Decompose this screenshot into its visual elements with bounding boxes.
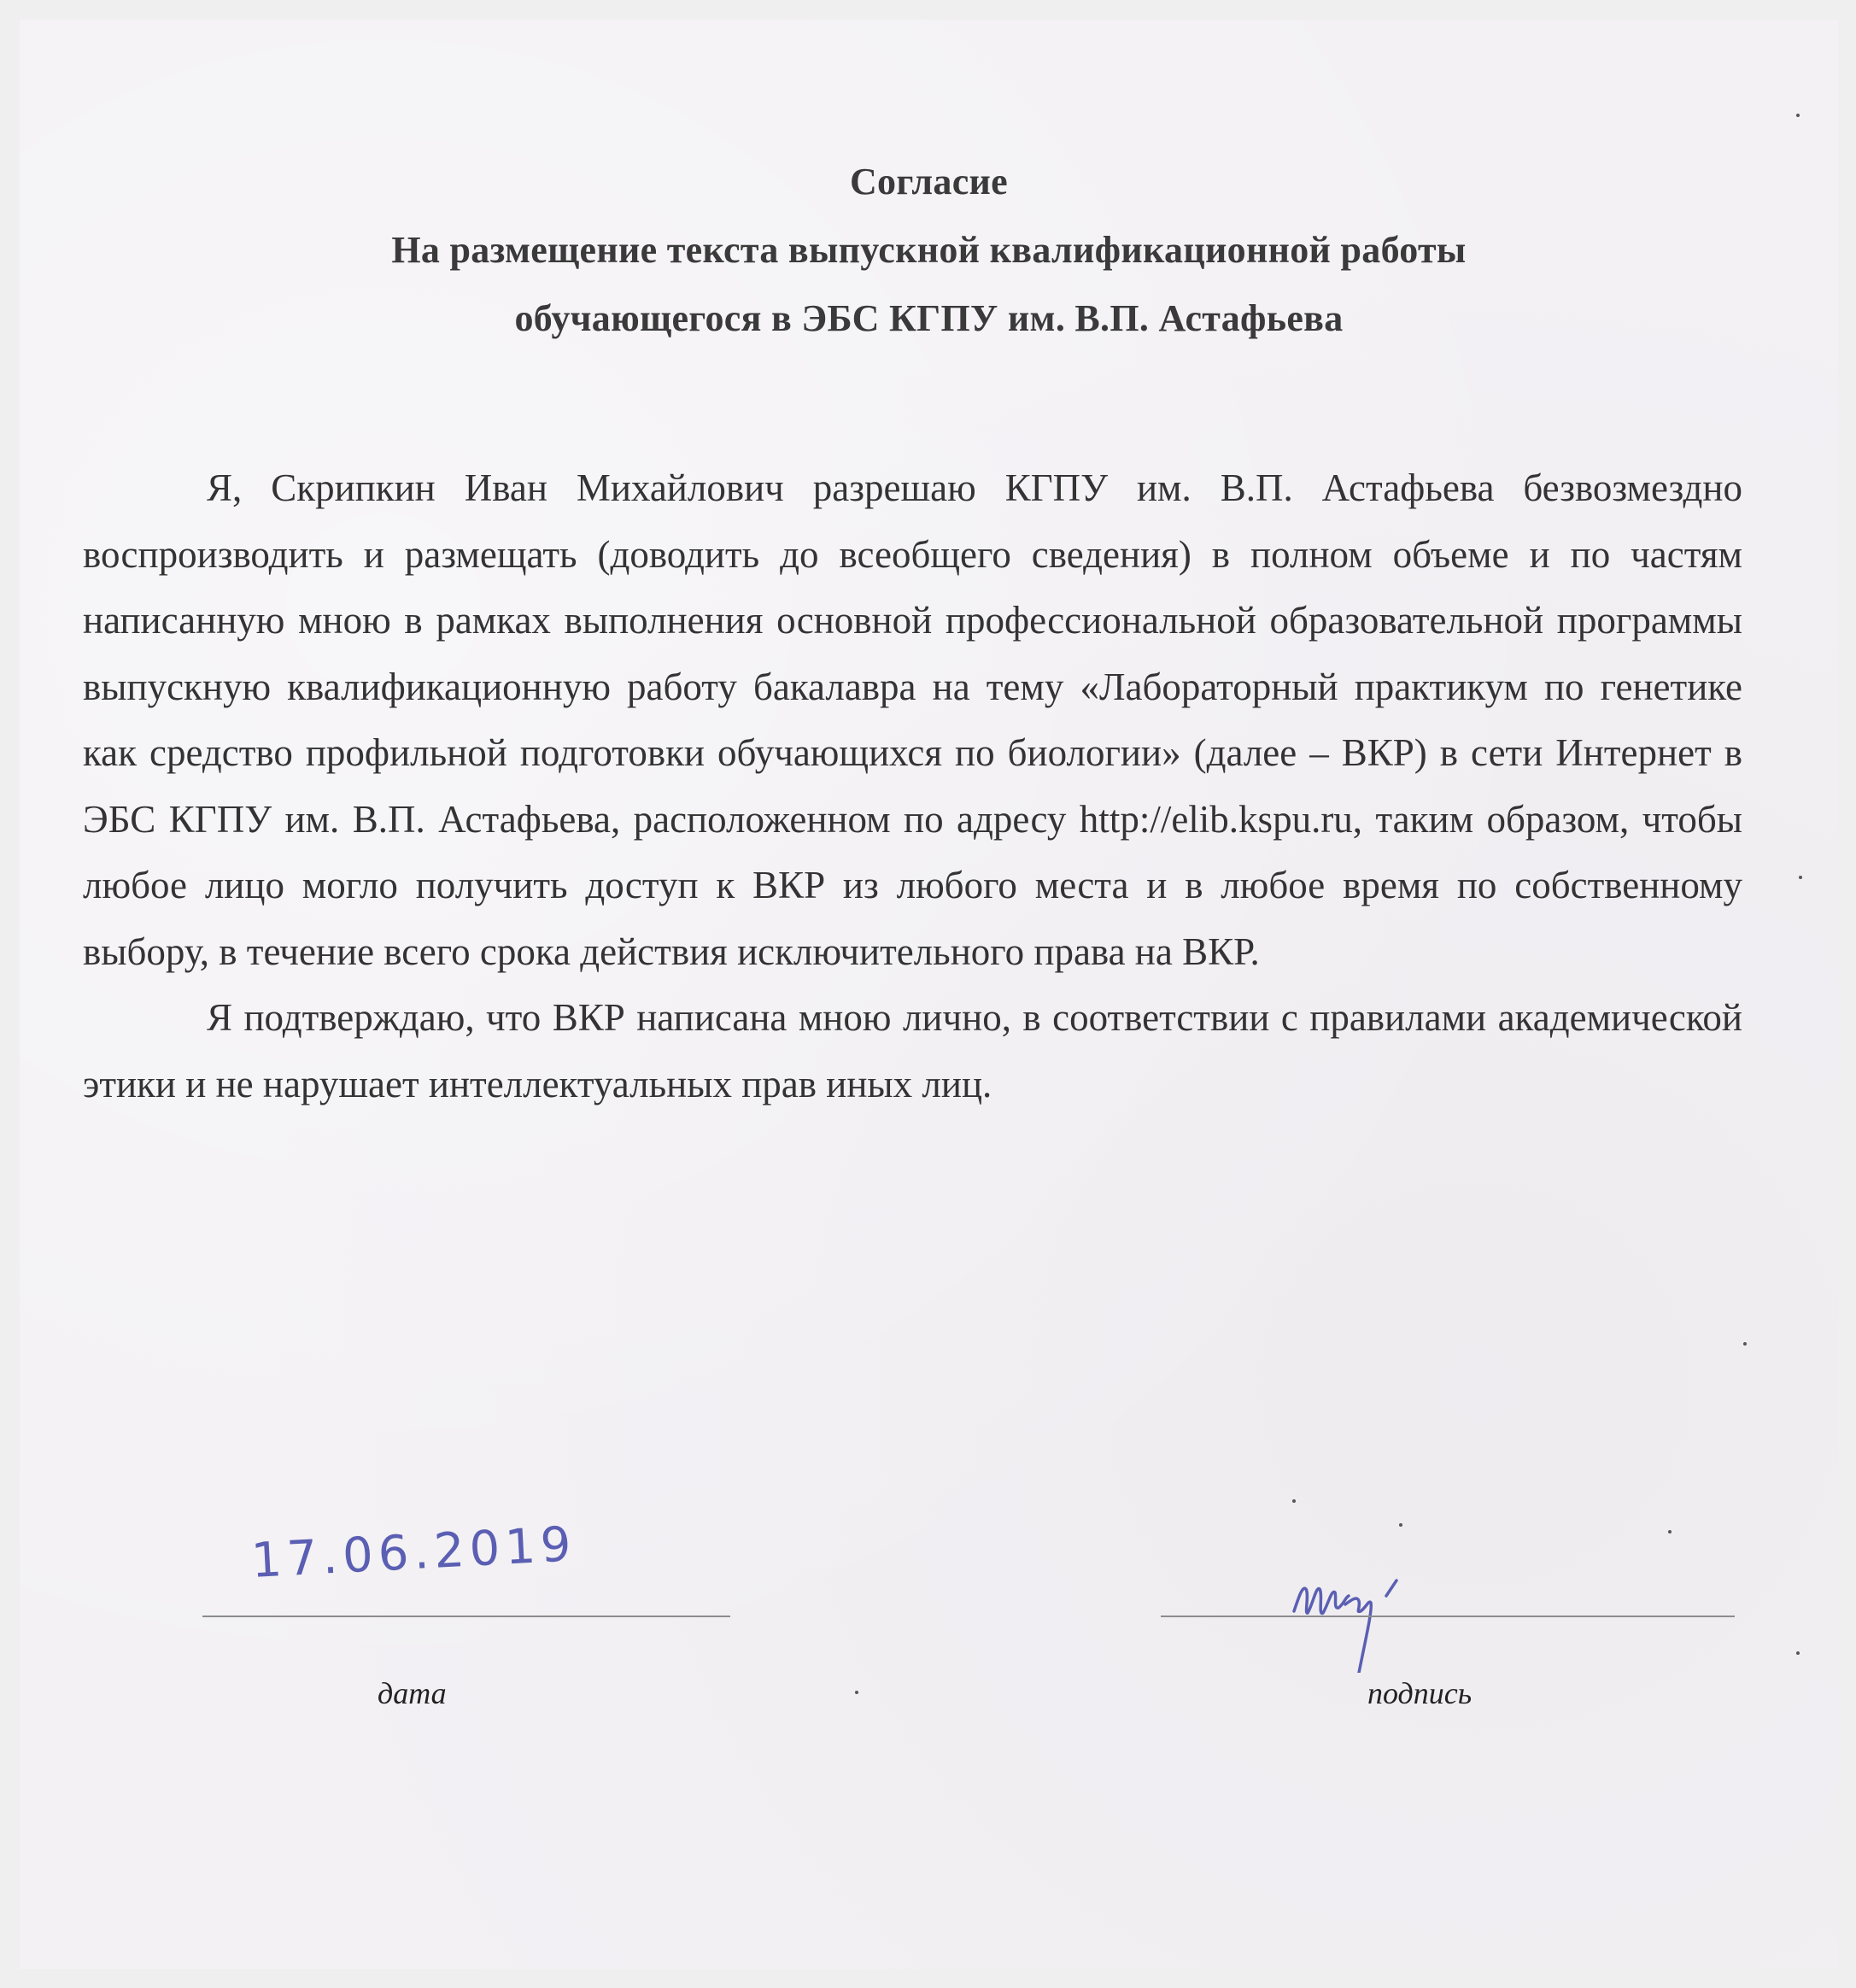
handwritten-date: 17.06.2019 [250, 1516, 578, 1589]
scan-speck [1668, 1530, 1672, 1534]
scan-speck [855, 1691, 858, 1694]
scan-speck [1292, 1499, 1296, 1503]
scan-speck [1796, 1651, 1800, 1655]
scan-speck [1796, 114, 1800, 117]
scan-speck [1399, 1523, 1402, 1527]
signature-caption: подпись [1367, 1675, 1472, 1711]
document-title: Согласие На размещение текста выпускной … [20, 148, 1838, 353]
scan-speck [1799, 876, 1802, 879]
consent-paragraph: Я, Скрипкин Иван Михайлович разрешаю КГП… [83, 455, 1742, 985]
authorship-paragraph: Я подтверждаю, что ВКР написана мною лич… [83, 985, 1742, 1117]
signature-underline [1161, 1616, 1735, 1617]
title-heading: Согласие [20, 148, 1838, 216]
title-subheading: На размещение текста выпускной квалифика… [20, 216, 1838, 284]
scanned-page: Согласие На размещение текста выпускной … [20, 20, 1838, 1969]
signature-scrawl-icon [1284, 1570, 1455, 1673]
handwritten-signature [1284, 1570, 1455, 1673]
date-caption: дата [378, 1675, 447, 1711]
date-underline [202, 1616, 730, 1617]
consent-body: Я, Скрипкин Иван Михайлович разрешаю КГП… [83, 455, 1742, 1117]
scan-speck [1743, 1342, 1747, 1346]
title-subheading-2: обучающегося в ЭБС КГПУ им. В.П. Астафье… [20, 284, 1838, 353]
